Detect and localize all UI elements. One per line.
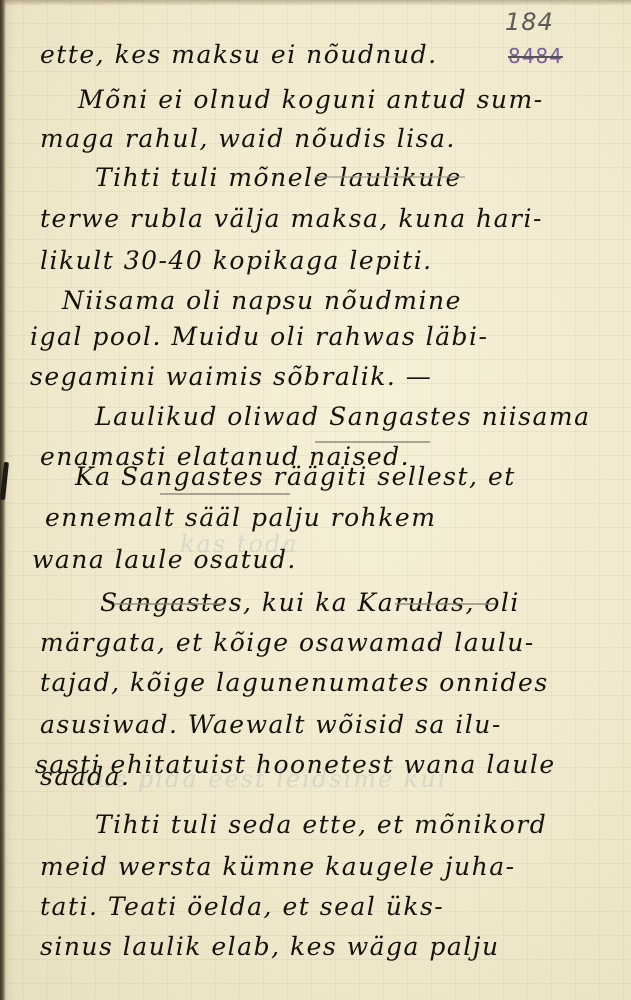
manuscript-line: segamini waimis sõbralik. — <box>30 362 432 391</box>
manuscript-line: terwe rubla välja maksa, kuna hari- <box>40 204 543 233</box>
manuscript-line: igal pool. Muidu oli rahwas läbi- <box>30 322 488 351</box>
manuscript-line: Laulikud oliwad Sangastes niisama <box>95 402 591 431</box>
page-number-pencil: 184 <box>505 8 554 36</box>
manuscript-line: wana laule osatud. <box>32 545 297 574</box>
manuscript-line: maga rahul, waid nõudis lisa. <box>40 124 456 153</box>
manuscript-line: Ka Sangastes räägiti sellest, et <box>75 462 516 491</box>
manuscript-line: meid wersta kümne kaugele juha- <box>40 852 516 881</box>
pencil-underline <box>315 441 430 443</box>
manuscript-line: Niisama oli napsu nõudmine <box>62 286 462 315</box>
manuscript-line: märgata, et kõige osawamad laulu- <box>40 628 535 657</box>
pencil-underline <box>395 603 495 605</box>
manuscript-line: asusiwad. Waewalt wõisid sa ilu- <box>40 710 502 739</box>
manuscript-line: ennemalt sääl palju rohkem <box>45 503 436 532</box>
manuscript-line: Mõni ei olnud koguni antud sum- <box>78 85 544 114</box>
page-number-stamp-struck: 8484 <box>508 44 563 68</box>
pencil-underline <box>315 176 465 178</box>
manuscript-line: ette, kes maksu ei nõudnud. <box>40 40 438 69</box>
manuscript-line: likult 30-40 kopikaga lepiti. <box>40 246 433 275</box>
manuscript-line: sinus laulik elab, kes wäga palju <box>40 932 500 961</box>
manuscript-line: saada. <box>40 762 131 791</box>
manuscript-page: 184 8484 kas toda kus pida eest leidsime… <box>0 0 631 1000</box>
manuscript-line: tajad, kõige lagunenumates onnides <box>40 668 549 697</box>
manuscript-line: tati. Teati öelda, et seal üks- <box>40 892 444 921</box>
pencil-underline <box>115 603 225 605</box>
pencil-underline <box>160 493 290 495</box>
manuscript-line: Tihti tuli seda ette, et mõnikord <box>95 810 547 839</box>
